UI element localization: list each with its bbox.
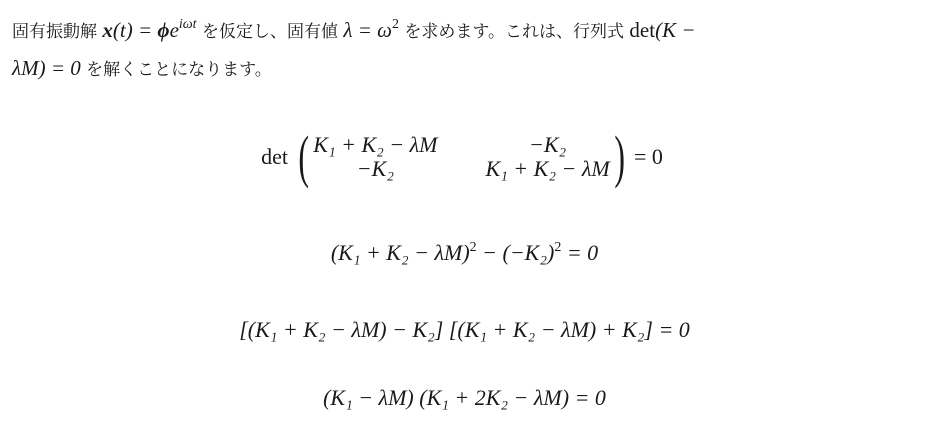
math: (t) = (113, 18, 158, 42)
math: λM) = 0 (12, 56, 81, 80)
equation-factored: [(K₁ + K₂ − λM) − K₂] [(K₁ + K₂ − λM) + … (0, 317, 929, 343)
equation-determinant: det ( K₁ + K₂ − λM −K₂ −K₂ K₁ + K₂ − λM … (0, 128, 929, 186)
math-lambda: λ = ω (343, 18, 392, 42)
equation-expanded: (K₁ + K₂ − λM)2 − (−K₂)2 = 0 (0, 240, 929, 266)
text: を仮定し、固有値 (197, 22, 344, 42)
math-det: det (629, 18, 655, 42)
text: を求めます。これは、行列式 (399, 22, 629, 42)
math-exponent: 2 (392, 17, 399, 32)
math: (K₁ − λM) (K₁ + 2K₂ − λM) = 0 (323, 385, 606, 410)
text: 固有振動解 (12, 22, 102, 42)
equals-zero: = 0 (561, 240, 598, 265)
matrix: K₁ + K₂ − λM −K₂ −K₂ K₁ + K₂ − λM (313, 133, 609, 181)
math: (K − (655, 18, 695, 42)
intro-paragraph: 固有振動解 x(t) = ϕeiωt を仮定し、固有値 λ = ω2 を求めます… (12, 12, 922, 88)
math: (K₁ + K₂ − λM) (331, 240, 470, 265)
text: を解くことになります。 (81, 60, 272, 80)
math-phi: ϕ (157, 18, 169, 42)
matrix-cell: −K₂ (485, 133, 609, 157)
equation-simplified: (K₁ − λM) (K₁ + 2K₂ − λM) = 0 (0, 385, 929, 411)
math: [(K₁ + K₂ − λM) − K₂] [(K₁ + K₂ − λM) + … (239, 317, 690, 342)
det-operator: det (261, 144, 288, 170)
left-paren: ( (298, 128, 309, 186)
equals-zero: = 0 (629, 144, 668, 170)
math-exponent: iωt (179, 17, 197, 32)
math-x: x (102, 18, 113, 42)
matrix-cell: K₁ + K₂ − λM (313, 133, 437, 157)
right-paren: ) (614, 128, 625, 186)
exponent: 2 (470, 240, 477, 255)
math-e: e (170, 18, 179, 42)
matrix-cell: −K₂ (313, 157, 437, 181)
matrix-cell: K₁ + K₂ − λM (485, 157, 609, 181)
math: − (−K₂) (477, 240, 555, 265)
